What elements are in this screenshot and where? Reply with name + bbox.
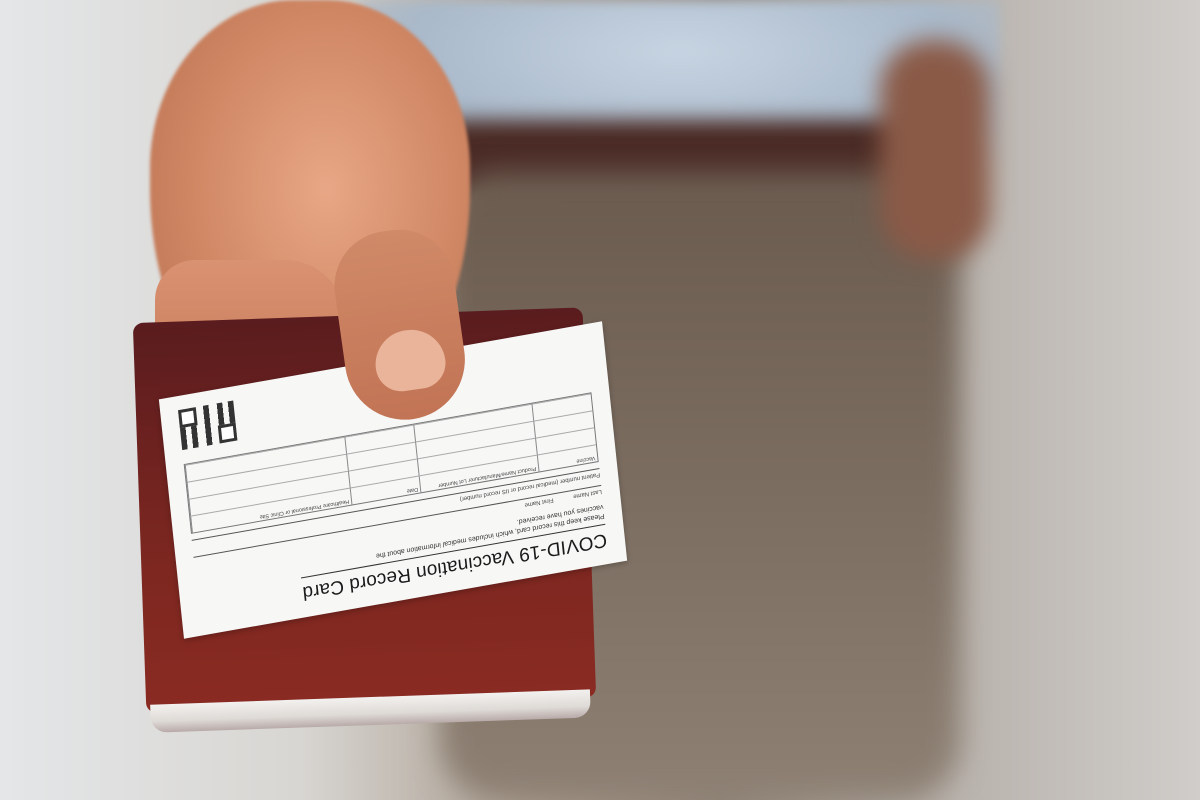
qr-code-icon [178, 401, 237, 451]
first-name-label: First Name [524, 496, 554, 507]
last-name-label: Last Name [573, 488, 602, 499]
background-right-hand [880, 40, 990, 260]
